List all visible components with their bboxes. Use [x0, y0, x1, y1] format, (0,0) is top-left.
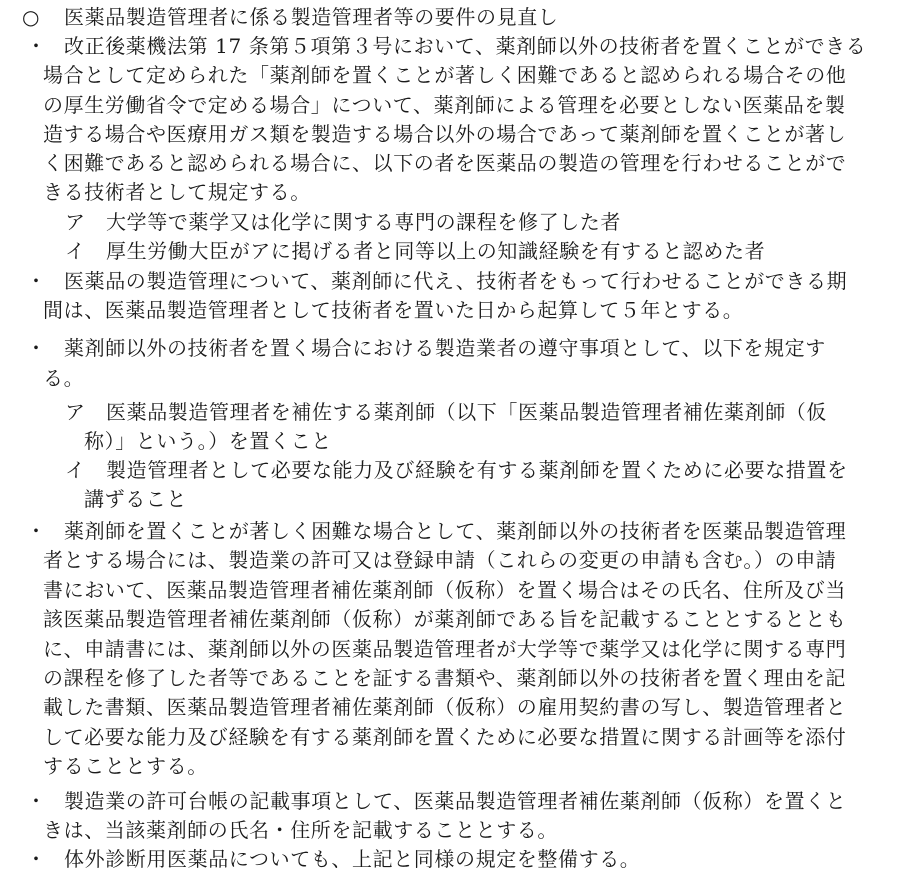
bullet-marker: ・: [26, 517, 46, 546]
subitem-i-line-1: 製造管理者として必要な能力及び経験を有する薬剤師を置くために必要な措置を: [106, 456, 848, 485]
item-4-line-1: 薬剤師を置くことが著しく困難な場合として、薬剤師以外の技術者を医薬品製造管理: [64, 517, 846, 546]
section-heading: 医薬品製造管理者に係る製造管理者等の要件の見直し: [64, 3, 558, 32]
item-3-line-1: 薬剤師以外の技術者を置く場合における製造業者の遵守事項として、以下を規定す: [64, 334, 826, 363]
item-4-line-3: 書において、医薬品製造管理者補佐薬剤師（仮称）を置く場合はその氏名、住所及び当: [43, 576, 846, 605]
subitem-a-marker: ア: [65, 208, 85, 237]
item-1-line-2: 場合として定められた「薬剤師を置くことが著しく困難であると認められる場合その他: [43, 61, 846, 90]
subitem-i-marker: イ: [65, 456, 85, 485]
item-4-line-5: に、申請書には、薬剤師以外の医薬品製造管理者が大学等で薬学又は化学に関する専門: [43, 635, 846, 664]
subitem-a-line-1: 医薬品製造管理者を補佐する薬剤師（以下「医薬品製造管理者補佐薬剤師（仮: [106, 398, 827, 427]
item-4-line-2: 者とする場合には、製造業の許可又は登録申請（これらの変更の申請も含む。）の申請: [43, 546, 836, 575]
subitem-a-line-2: 称）」という。）を置くこと: [84, 427, 332, 456]
subitem-a-text: 大学等で薬学又は化学に関する専門の課程を修了した者: [106, 208, 621, 237]
bullet-marker: ・: [26, 267, 46, 296]
item-2-line-1: 医薬品の製造管理について、薬剤師に代え、技術者をもって行わせることができる期: [64, 267, 847, 296]
item-4-line-6: の課程を修了した者等であることを証する書類や、薬剤師以外の技術者を置く理由を記: [43, 664, 846, 693]
bullet-marker: ・: [26, 787, 46, 816]
bullet-marker: ・: [26, 32, 46, 61]
item-4-line-8: して必要な能力及び経験を有する薬剤師を置くために必要な措置に関する計画等を添付: [43, 723, 846, 752]
bullet-marker: ・: [26, 845, 46, 873]
item-4-line-7: 載した書類、医薬品製造管理者補佐薬剤師（仮称）の雇用契約書の写し、製造管理者と: [43, 693, 846, 722]
item-1-line-3: の厚生労働省令で定める場合」について、薬剤師による管理を必要としない医薬品を製: [43, 91, 846, 120]
bullet-marker: ・: [26, 334, 46, 363]
item-5-line-1: 製造業の許可台帳の記載事項として、医薬品製造管理者補佐薬剤師（仮称）を置くと: [64, 787, 846, 816]
item-5-line-2: きは、当該薬剤師の氏名・住所を記載することとする。: [43, 816, 558, 845]
subitem-a-marker: ア: [65, 398, 85, 427]
item-4-line-4: 該医薬品製造管理者補佐薬剤師（仮称）が薬剤師である旨を記載することとするととも: [43, 605, 846, 634]
item-6-line-1: 体外診断用医薬品についても、上記と同様の規定を整備する。: [64, 845, 640, 873]
subitem-i-text: 厚生労働大臣がアに掲げる者と同等以上の知識経験を有すると認めた者: [106, 237, 765, 266]
item-1-line-6: きる技術者として規定する。: [43, 178, 311, 207]
item-4-line-9: することとする。: [43, 752, 208, 781]
subitem-i-line-2: 講ずること: [84, 485, 187, 514]
item-1-line-1: 改正後薬機法第 17 条第５項第３号において、薬剤師以外の技術者を置くことができ…: [64, 32, 866, 61]
heading-circle-marker: ○: [22, 3, 39, 32]
item-2-line-2: 間は、医薬品製造管理者として技術者を置いた日から起算して５年とする。: [43, 296, 743, 325]
item-1-line-4: 造する場合や医療用ガス類を製造する場合以外の場合であって薬剤師を置くことが著し: [43, 120, 846, 149]
item-1-line-5: く困難であると認められる場合に、以下の者を医薬品の製造の管理を行わせることがで: [43, 149, 846, 178]
subitem-i-marker: イ: [65, 237, 85, 266]
item-3-line-2: る。: [43, 364, 84, 393]
